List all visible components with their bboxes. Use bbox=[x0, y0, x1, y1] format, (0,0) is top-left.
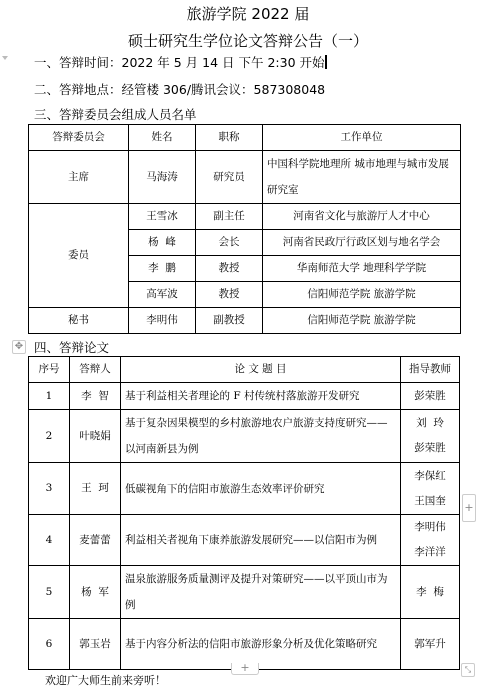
advisor-2: 李洋洋 bbox=[405, 540, 455, 565]
table-row: 2 叶晓娟 基于复杂因果模型的乡村旅游地农户旅游支持度研究——以河南新县为例 刘… bbox=[29, 410, 460, 463]
org-cell[interactable]: 信阳师范学院 旅游学院 bbox=[263, 282, 461, 308]
header-cell[interactable]: 论 文 题 目 bbox=[121, 357, 401, 383]
advisor-1: 李保红 bbox=[405, 464, 455, 489]
table-row: 3 王 珂 低碳视角下的信阳市旅游生态效率评价研究 李保红王国奎 bbox=[29, 463, 460, 515]
student-cell[interactable]: 杨 军 bbox=[70, 566, 121, 619]
org-cell[interactable]: 中国科学院地理所 城市地理与城市发展研究室 bbox=[263, 151, 461, 204]
doc-title-line1: 旅游学院 2022 届 bbox=[0, 3, 496, 24]
table-resize-handle-icon[interactable]: ⤡ bbox=[461, 663, 475, 677]
no-cell[interactable]: 6 bbox=[29, 619, 70, 670]
defense-time[interactable]: 一、答辩时间：2022 年 5 月 14 日 下午 2:30 开始 bbox=[34, 53, 327, 71]
advisor-1: 刘 玲 bbox=[405, 411, 455, 436]
no-cell[interactable]: 2 bbox=[29, 410, 70, 463]
thesis-title-cell[interactable]: 利益相关者视角下康养旅游发展研究——以信阳市为例 bbox=[121, 515, 401, 566]
no-cell[interactable]: 4 bbox=[29, 515, 70, 566]
table-row: 1 李 智 基于利益相关者理论的 F 村传统村落旅游开发研究 彭荣胜 bbox=[29, 383, 460, 410]
student-cell[interactable]: 叶晓娟 bbox=[70, 410, 121, 463]
title-cell[interactable]: 教授 bbox=[196, 282, 263, 308]
advisor-1: 李明伟 bbox=[405, 515, 455, 540]
role-cell[interactable]: 主席 bbox=[29, 151, 129, 204]
theses-table[interactable]: 序号 答辩人 论 文 题 目 指导教师 1 李 智 基于利益相关者理论的 F 村… bbox=[28, 356, 460, 670]
thesis-title-cell[interactable]: 低碳视角下的信阳市旅游生态效率评价研究 bbox=[121, 463, 401, 515]
name-cell[interactable]: 李 鹏 bbox=[129, 256, 196, 282]
thesis-title-cell[interactable]: 温泉旅游服务质量测评及提升对策研究——以平顶山市为例 bbox=[121, 566, 401, 619]
org-cell[interactable]: 河南省文化与旅游厅人才中心 bbox=[263, 204, 461, 230]
text-cursor bbox=[325, 55, 327, 69]
table-row: 秘书 李明伟 副教授 信阳师范学院 旅游学院 bbox=[29, 308, 461, 334]
name-cell[interactable]: 杨 峰 bbox=[129, 230, 196, 256]
student-cell[interactable]: 麦蕾蕾 bbox=[70, 515, 121, 566]
add-column-button[interactable]: + bbox=[462, 494, 476, 522]
name-cell[interactable]: 马海涛 bbox=[129, 151, 196, 204]
header-cell[interactable]: 答辩委员会 bbox=[29, 125, 129, 151]
advisor-2: 彭荣胜 bbox=[405, 436, 455, 461]
advisor-cell[interactable]: 李明伟李洋洋 bbox=[401, 515, 460, 566]
defense-time-text: 一、答辩时间：2022 年 5 月 14 日 下午 2:30 开始 bbox=[34, 55, 325, 70]
header-cell[interactable]: 姓名 bbox=[129, 125, 196, 151]
advisor-cell[interactable]: 李 梅 bbox=[401, 566, 460, 619]
thesis-title-cell[interactable]: 基于利益相关者理论的 F 村传统村落旅游开发研究 bbox=[121, 383, 401, 410]
org-cell[interactable]: 河南省民政厅行政区划与地名学会 bbox=[263, 230, 461, 256]
header-cell[interactable]: 指导教师 bbox=[401, 357, 460, 383]
header-cell[interactable]: 答辩人 bbox=[70, 357, 121, 383]
org-cell[interactable]: 信阳师范学院 旅游学院 bbox=[263, 308, 461, 334]
advisor-cell[interactable]: 郭军升 bbox=[401, 619, 460, 670]
student-cell[interactable]: 王 珂 bbox=[70, 463, 121, 515]
committee-heading[interactable]: 三、答辩委员会组成人员名单 bbox=[34, 105, 197, 123]
theses-heading[interactable]: 四、答辩论文 bbox=[34, 338, 109, 356]
table-row: 4 麦蕾蕾 利益相关者视角下康养旅游发展研究——以信阳市为例 李明伟李洋洋 bbox=[29, 515, 460, 566]
table-row: 5 杨 军 温泉旅游服务质量测评及提升对策研究——以平顶山市为例 李 梅 bbox=[29, 566, 460, 619]
no-cell[interactable]: 5 bbox=[29, 566, 70, 619]
role-cell[interactable]: 委员 bbox=[29, 204, 129, 308]
title-cell[interactable]: 副教授 bbox=[196, 308, 263, 334]
table-header-row: 序号 答辩人 论 文 题 目 指导教师 bbox=[29, 357, 460, 383]
name-cell[interactable]: 高军波 bbox=[129, 282, 196, 308]
table-move-handle-icon[interactable]: ✥ bbox=[12, 340, 26, 354]
header-cell[interactable]: 职称 bbox=[196, 125, 263, 151]
committee-table[interactable]: 答辩委员会 姓名 职称 工作单位 主席 马海涛 研究员 中国科学院地理所 城市地… bbox=[28, 124, 461, 334]
advisor-cell[interactable]: 刘 玲彭荣胜 bbox=[401, 410, 460, 463]
thesis-title-cell[interactable]: 基于内容分析法的信阳市旅游形象分析及优化策略研究 bbox=[121, 619, 401, 670]
table-row: 主席 马海涛 研究员 中国科学院地理所 城市地理与城市发展研究室 bbox=[29, 151, 461, 204]
no-cell[interactable]: 3 bbox=[29, 463, 70, 515]
name-cell[interactable]: 李明伟 bbox=[129, 308, 196, 334]
collapse-marker-icon bbox=[2, 56, 8, 60]
no-cell[interactable]: 1 bbox=[29, 383, 70, 410]
advisor-cell[interactable]: 彭荣胜 bbox=[401, 383, 460, 410]
footer-note[interactable]: 欢迎广大师生前来旁听！ bbox=[45, 672, 166, 688]
title-cell[interactable]: 副主任 bbox=[196, 204, 263, 230]
header-cell[interactable]: 工作单位 bbox=[263, 125, 461, 151]
table-header-row: 答辩委员会 姓名 职称 工作单位 bbox=[29, 125, 461, 151]
defense-place[interactable]: 二、答辩地点：经管楼 306/腾讯会议：587308048 bbox=[34, 80, 325, 98]
doc-title-line2: 硕士研究生学位论文答辩公告（一） bbox=[0, 30, 496, 51]
header-cell[interactable]: 序号 bbox=[29, 357, 70, 383]
student-cell[interactable]: 李 智 bbox=[70, 383, 121, 410]
name-cell[interactable]: 王雪冰 bbox=[129, 204, 196, 230]
advisor-2: 王国奎 bbox=[405, 489, 455, 514]
title-cell[interactable]: 教授 bbox=[196, 256, 263, 282]
add-row-button[interactable]: + bbox=[231, 663, 259, 675]
title-cell[interactable]: 研究员 bbox=[196, 151, 263, 204]
student-cell[interactable]: 郭玉岩 bbox=[70, 619, 121, 670]
table-row: 委员 王雪冰 副主任 河南省文化与旅游厅人才中心 bbox=[29, 204, 461, 230]
advisor-cell[interactable]: 李保红王国奎 bbox=[401, 463, 460, 515]
role-cell[interactable]: 秘书 bbox=[29, 308, 129, 334]
org-cell[interactable]: 华南师范大学 地理科学学院 bbox=[263, 256, 461, 282]
title-cell[interactable]: 会长 bbox=[196, 230, 263, 256]
thesis-title-cell[interactable]: 基于复杂因果模型的乡村旅游地农户旅游支持度研究——以河南新县为例 bbox=[121, 410, 401, 463]
